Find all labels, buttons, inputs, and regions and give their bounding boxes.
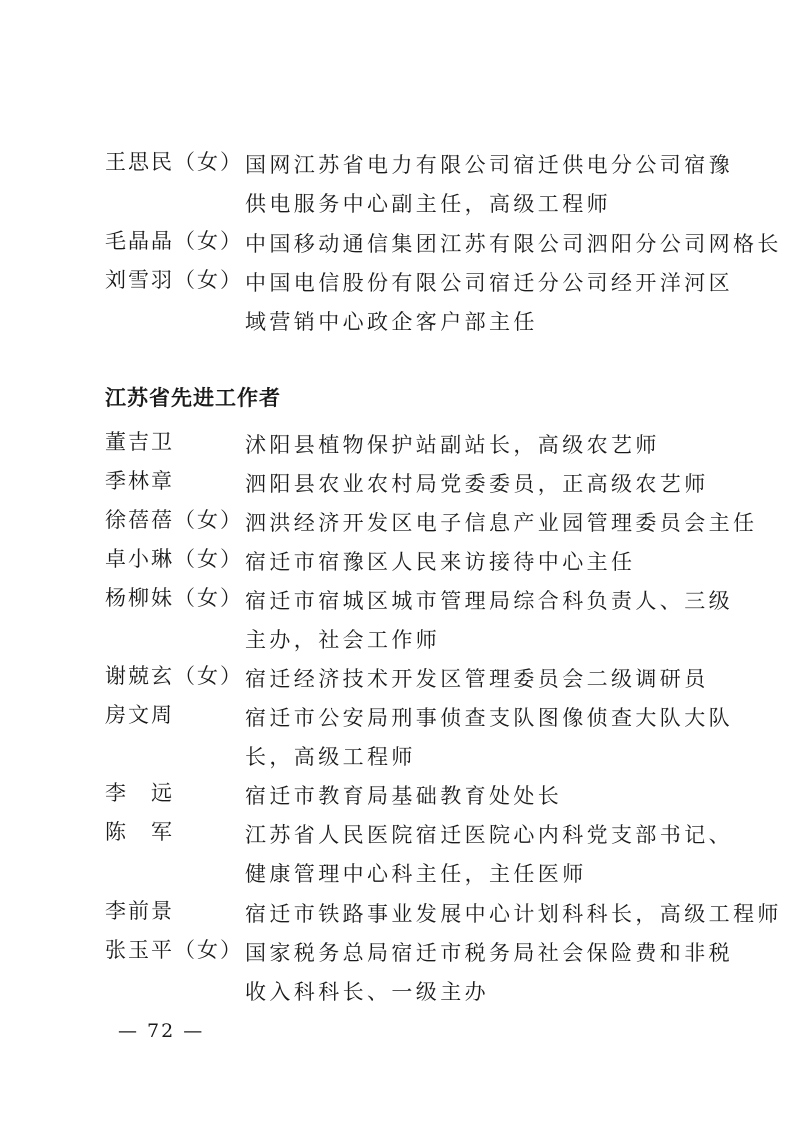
title-line: 主办，社会工作师 [245, 621, 705, 660]
title-line: 宿迁市宿城区城市管理局综合科负责人、三级 [245, 582, 705, 621]
person-title: 宿迁市宿城区城市管理局综合科负责人、三级 主办，社会工作师 [245, 582, 705, 660]
person-name: 杨柳妹（女） [105, 582, 245, 612]
title-line: 宿迁市公安局刑事侦查支队图像侦查大队大队 [245, 699, 705, 738]
title-line: 中国电信股份有限公司宿迁分公司经开洋河区 [245, 264, 705, 303]
title-line: 宿迁市教育局基础教育处处长 [245, 777, 705, 816]
person-name: 董吉卫 [105, 426, 245, 456]
person-title: 宿迁市铁路事业发展中心计划科科长，高级工程师 [245, 895, 705, 934]
person-name: 季林章 [105, 465, 245, 495]
person-name: 王思民（女） [105, 146, 245, 176]
title-line: 中国移动通信集团江苏有限公司泗阳分公司网格长 [245, 225, 705, 264]
title-line: 宿迁经济技术开发区管理委员会二级调研员 [245, 660, 705, 699]
person-name: 张玉平（女） [105, 934, 245, 964]
title-line: 江苏省人民医院宿迁医院心内科党支部书记、 [245, 816, 705, 855]
person-title: 江苏省人民医院宿迁医院心内科党支部书记、 健康管理中心科主任，主任医师 [245, 816, 705, 894]
title-line: 泗阳县农业农村局党委委员，正高级农艺师 [245, 465, 705, 504]
person-name: 徐蓓蓓（女） [105, 504, 245, 534]
person-name: 李前景 [105, 895, 245, 925]
title-line: 供电服务中心副主任，高级工程师 [245, 185, 705, 224]
person-title: 宿迁经济技术开发区管理委员会二级调研员 [245, 660, 705, 699]
person-name: 陈 军 [105, 816, 245, 846]
title-line: 长，高级工程师 [245, 738, 705, 777]
title-line: 沭阳县植物保护站副站长，高级农艺师 [245, 426, 705, 465]
title-line: 国家税务总局宿迁市税务局社会保险费和非税 [245, 934, 705, 973]
title-line: 国网江苏省电力有限公司宿迁供电分公司宿豫 [245, 146, 705, 185]
title-line: 宿迁市宿豫区人民来访接待中心主任 [245, 543, 705, 582]
title-line: 宿迁市铁路事业发展中心计划科科长，高级工程师 [245, 895, 705, 934]
person-title: 宿迁市公安局刑事侦查支队图像侦查大队大队 长，高级工程师 [245, 699, 705, 777]
person-name: 房文周 [105, 699, 245, 729]
person-name: 毛晶晶（女） [105, 225, 245, 255]
person-title: 国家税务总局宿迁市税务局社会保险费和非税 收入科科长、一级主办 [245, 934, 705, 1012]
person-title: 泗洪经济开发区电子信息产业园管理委员会主任 [245, 504, 705, 543]
title-line: 健康管理中心科主任，主任医师 [245, 855, 705, 894]
section-heading: 江苏省先进工作者 [105, 382, 281, 412]
title-line: 泗洪经济开发区电子信息产业园管理委员会主任 [245, 504, 705, 543]
person-title: 中国电信股份有限公司宿迁分公司经开洋河区 域营销中心政企客户部主任 [245, 264, 705, 342]
page-number: — 72 — [118, 1020, 204, 1042]
person-name: 谢兢玄（女） [105, 660, 245, 690]
person-title: 国网江苏省电力有限公司宿迁供电分公司宿豫 供电服务中心副主任，高级工程师 [245, 146, 705, 224]
person-title: 中国移动通信集团江苏有限公司泗阳分公司网格长 [245, 225, 705, 264]
person-title: 宿迁市宿豫区人民来访接待中心主任 [245, 543, 705, 582]
person-name: 刘雪羽（女） [105, 264, 245, 294]
person-name: 李 远 [105, 777, 245, 807]
document-page: 王思民（女） 国网江苏省电力有限公司宿迁供电分公司宿豫 供电服务中心副主任，高级… [0, 0, 800, 1131]
person-name: 卓小琳（女） [105, 543, 245, 573]
person-title: 宿迁市教育局基础教育处处长 [245, 777, 705, 816]
person-title: 泗阳县农业农村局党委委员，正高级农艺师 [245, 465, 705, 504]
title-line: 收入科科长、一级主办 [245, 973, 705, 1012]
person-title: 沭阳县植物保护站副站长，高级农艺师 [245, 426, 705, 465]
title-line: 域营销中心政企客户部主任 [245, 303, 705, 342]
